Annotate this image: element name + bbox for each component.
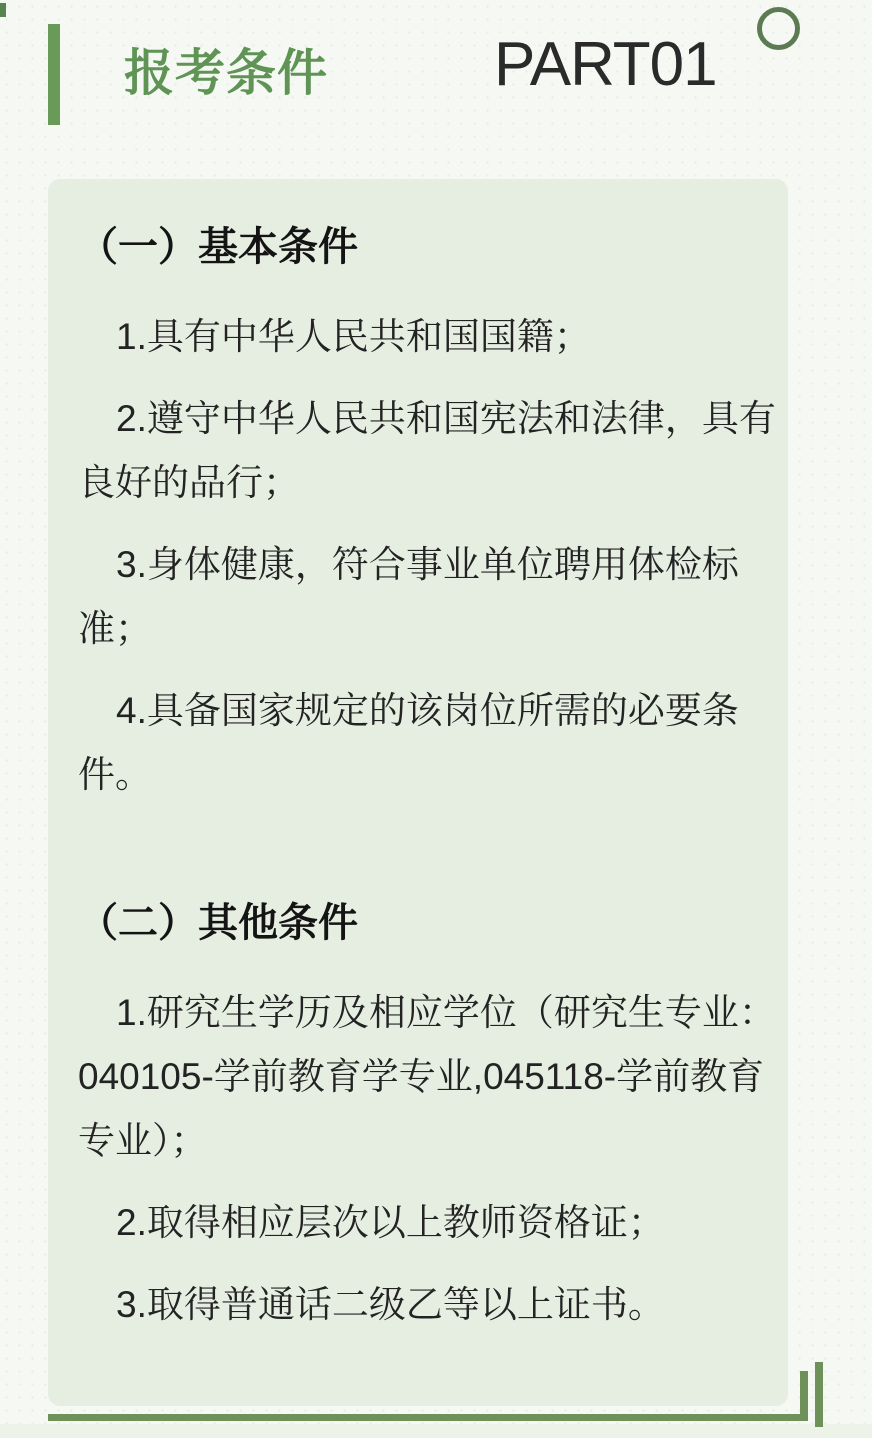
bottom-rule-line	[48, 1414, 808, 1421]
requirement-item: 1.研究生学历及相应学位（研究生专业：040105-学前教育学专业,045118…	[78, 981, 784, 1173]
part-number-label: PART01	[494, 33, 717, 97]
section-other-conditions: （二）其他条件 1.研究生学历及相应学位（研究生专业：040105-学前教育学专…	[78, 899, 784, 1337]
requirement-item: 4.具备国家规定的该岗位所需的必要条件。	[78, 679, 784, 807]
ring-icon	[757, 7, 800, 50]
corner-tick	[0, 3, 6, 17]
title-accent-bar	[48, 24, 60, 125]
requirement-item: 1.具有中华人民共和国国籍；	[78, 305, 784, 369]
requirement-item: 2.遵守中华人民共和国宪法和法律，具有良好的品行；	[78, 387, 784, 515]
requirement-item: 2.取得相应层次以上教师资格证；	[78, 1191, 784, 1255]
bottom-tint-strip	[0, 1424, 872, 1438]
section-basic-conditions: （一）基本条件 1.具有中华人民共和国国籍； 2.遵守中华人民共和国宪法和法律，…	[78, 223, 784, 807]
poster-page: { "palette": { "page_background": "#f6f8…	[0, 0, 872, 1438]
requirement-item: 3.身体健康，符合事业单位聘用体检标准；	[78, 533, 784, 661]
page-title: 报考条件	[124, 47, 328, 99]
section-heading: （二）其他条件	[78, 899, 784, 947]
requirement-item: 3.取得普通话二级乙等以上证书。	[78, 1273, 784, 1337]
section-heading: （一）基本条件	[78, 223, 784, 271]
requirements-card: （一）基本条件 1.具有中华人民共和国国籍； 2.遵守中华人民共和国宪法和法律，…	[48, 179, 788, 1406]
bottom-corner-bar-short	[800, 1371, 808, 1421]
bottom-corner-bar-tall	[815, 1362, 823, 1427]
